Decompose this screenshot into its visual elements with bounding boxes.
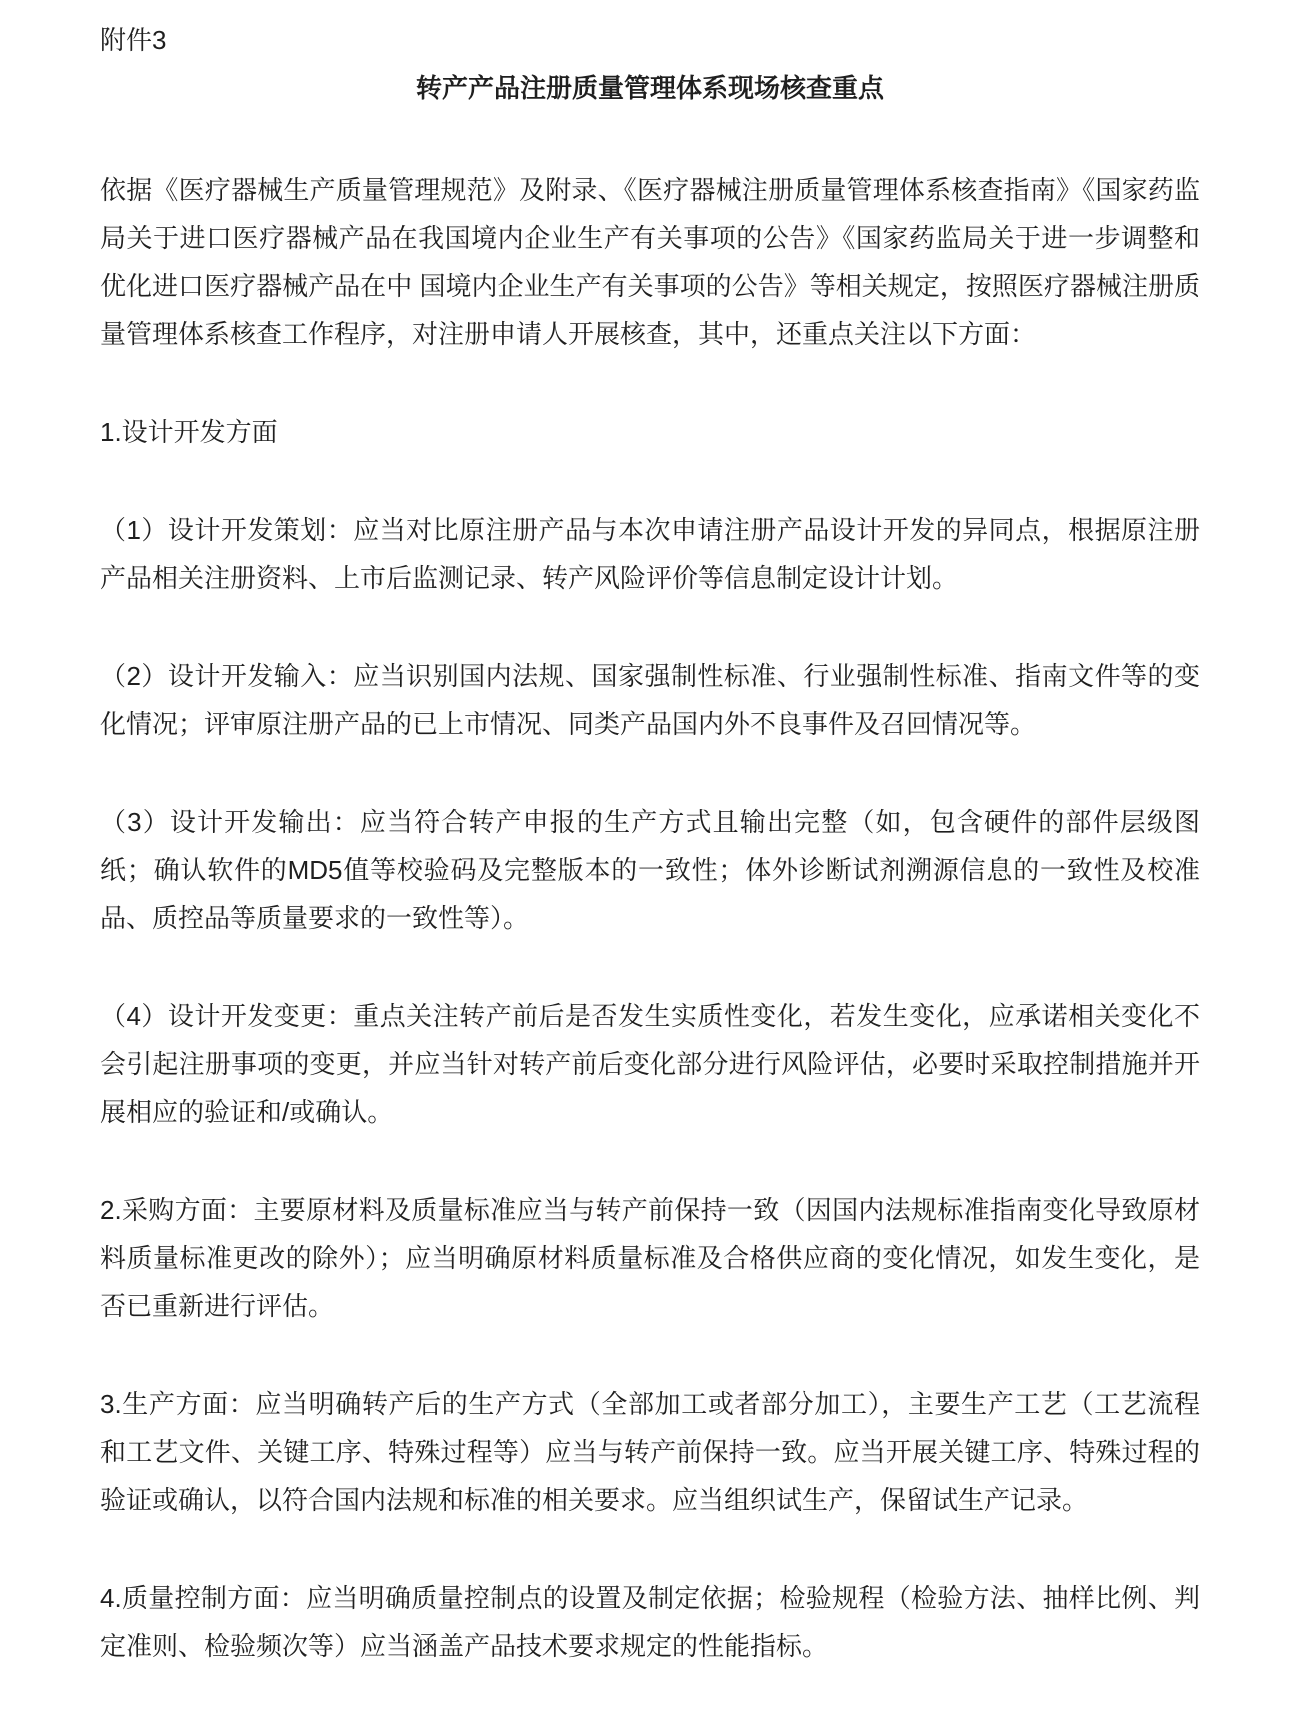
- document-page: 附件3 转产产品注册质量管理体系现场核查重点 依据《医疗器械生产质量管理规范》及…: [0, 0, 1300, 1709]
- section-heading-design-development: 1.设计开发方面: [100, 408, 1200, 456]
- intro-paragraph: 依据《医疗器械生产质量管理规范》及附录、《医疗器械注册质量管理体系核查指南》《国…: [100, 166, 1200, 358]
- item-design-output: （3）设计开发输出：应当符合转产申报的生产方式且输出完整（如，包含硬件的部件层级…: [100, 798, 1200, 942]
- attachment-label: 附件3: [100, 16, 1200, 64]
- section-procurement: 2.采购方面：主要原材料及质量标准应当与转产前保持一致（因国内法规标准指南变化导…: [100, 1186, 1200, 1330]
- item-design-change: （4）设计开发变更：重点关注转产前后是否发生实质性变化，若发生变化，应承诺相关变…: [100, 992, 1200, 1136]
- item-design-input: （2）设计开发输入：应当识别国内法规、国家强制性标准、行业强制性标准、指南文件等…: [100, 652, 1200, 748]
- section-production: 3.生产方面：应当明确转产后的生产方式（全部加工或者部分加工），主要生产工艺（工…: [100, 1380, 1200, 1524]
- item-design-planning: （1）设计开发策划：应当对比原注册产品与本次申请注册产品设计开发的异同点，根据原…: [100, 506, 1200, 602]
- section-quality-control: 4.质量控制方面：应当明确质量控制点的设置及制定依据；检验规程（检验方法、抽样比…: [100, 1574, 1200, 1670]
- page-title: 转产产品注册质量管理体系现场核查重点: [100, 64, 1200, 112]
